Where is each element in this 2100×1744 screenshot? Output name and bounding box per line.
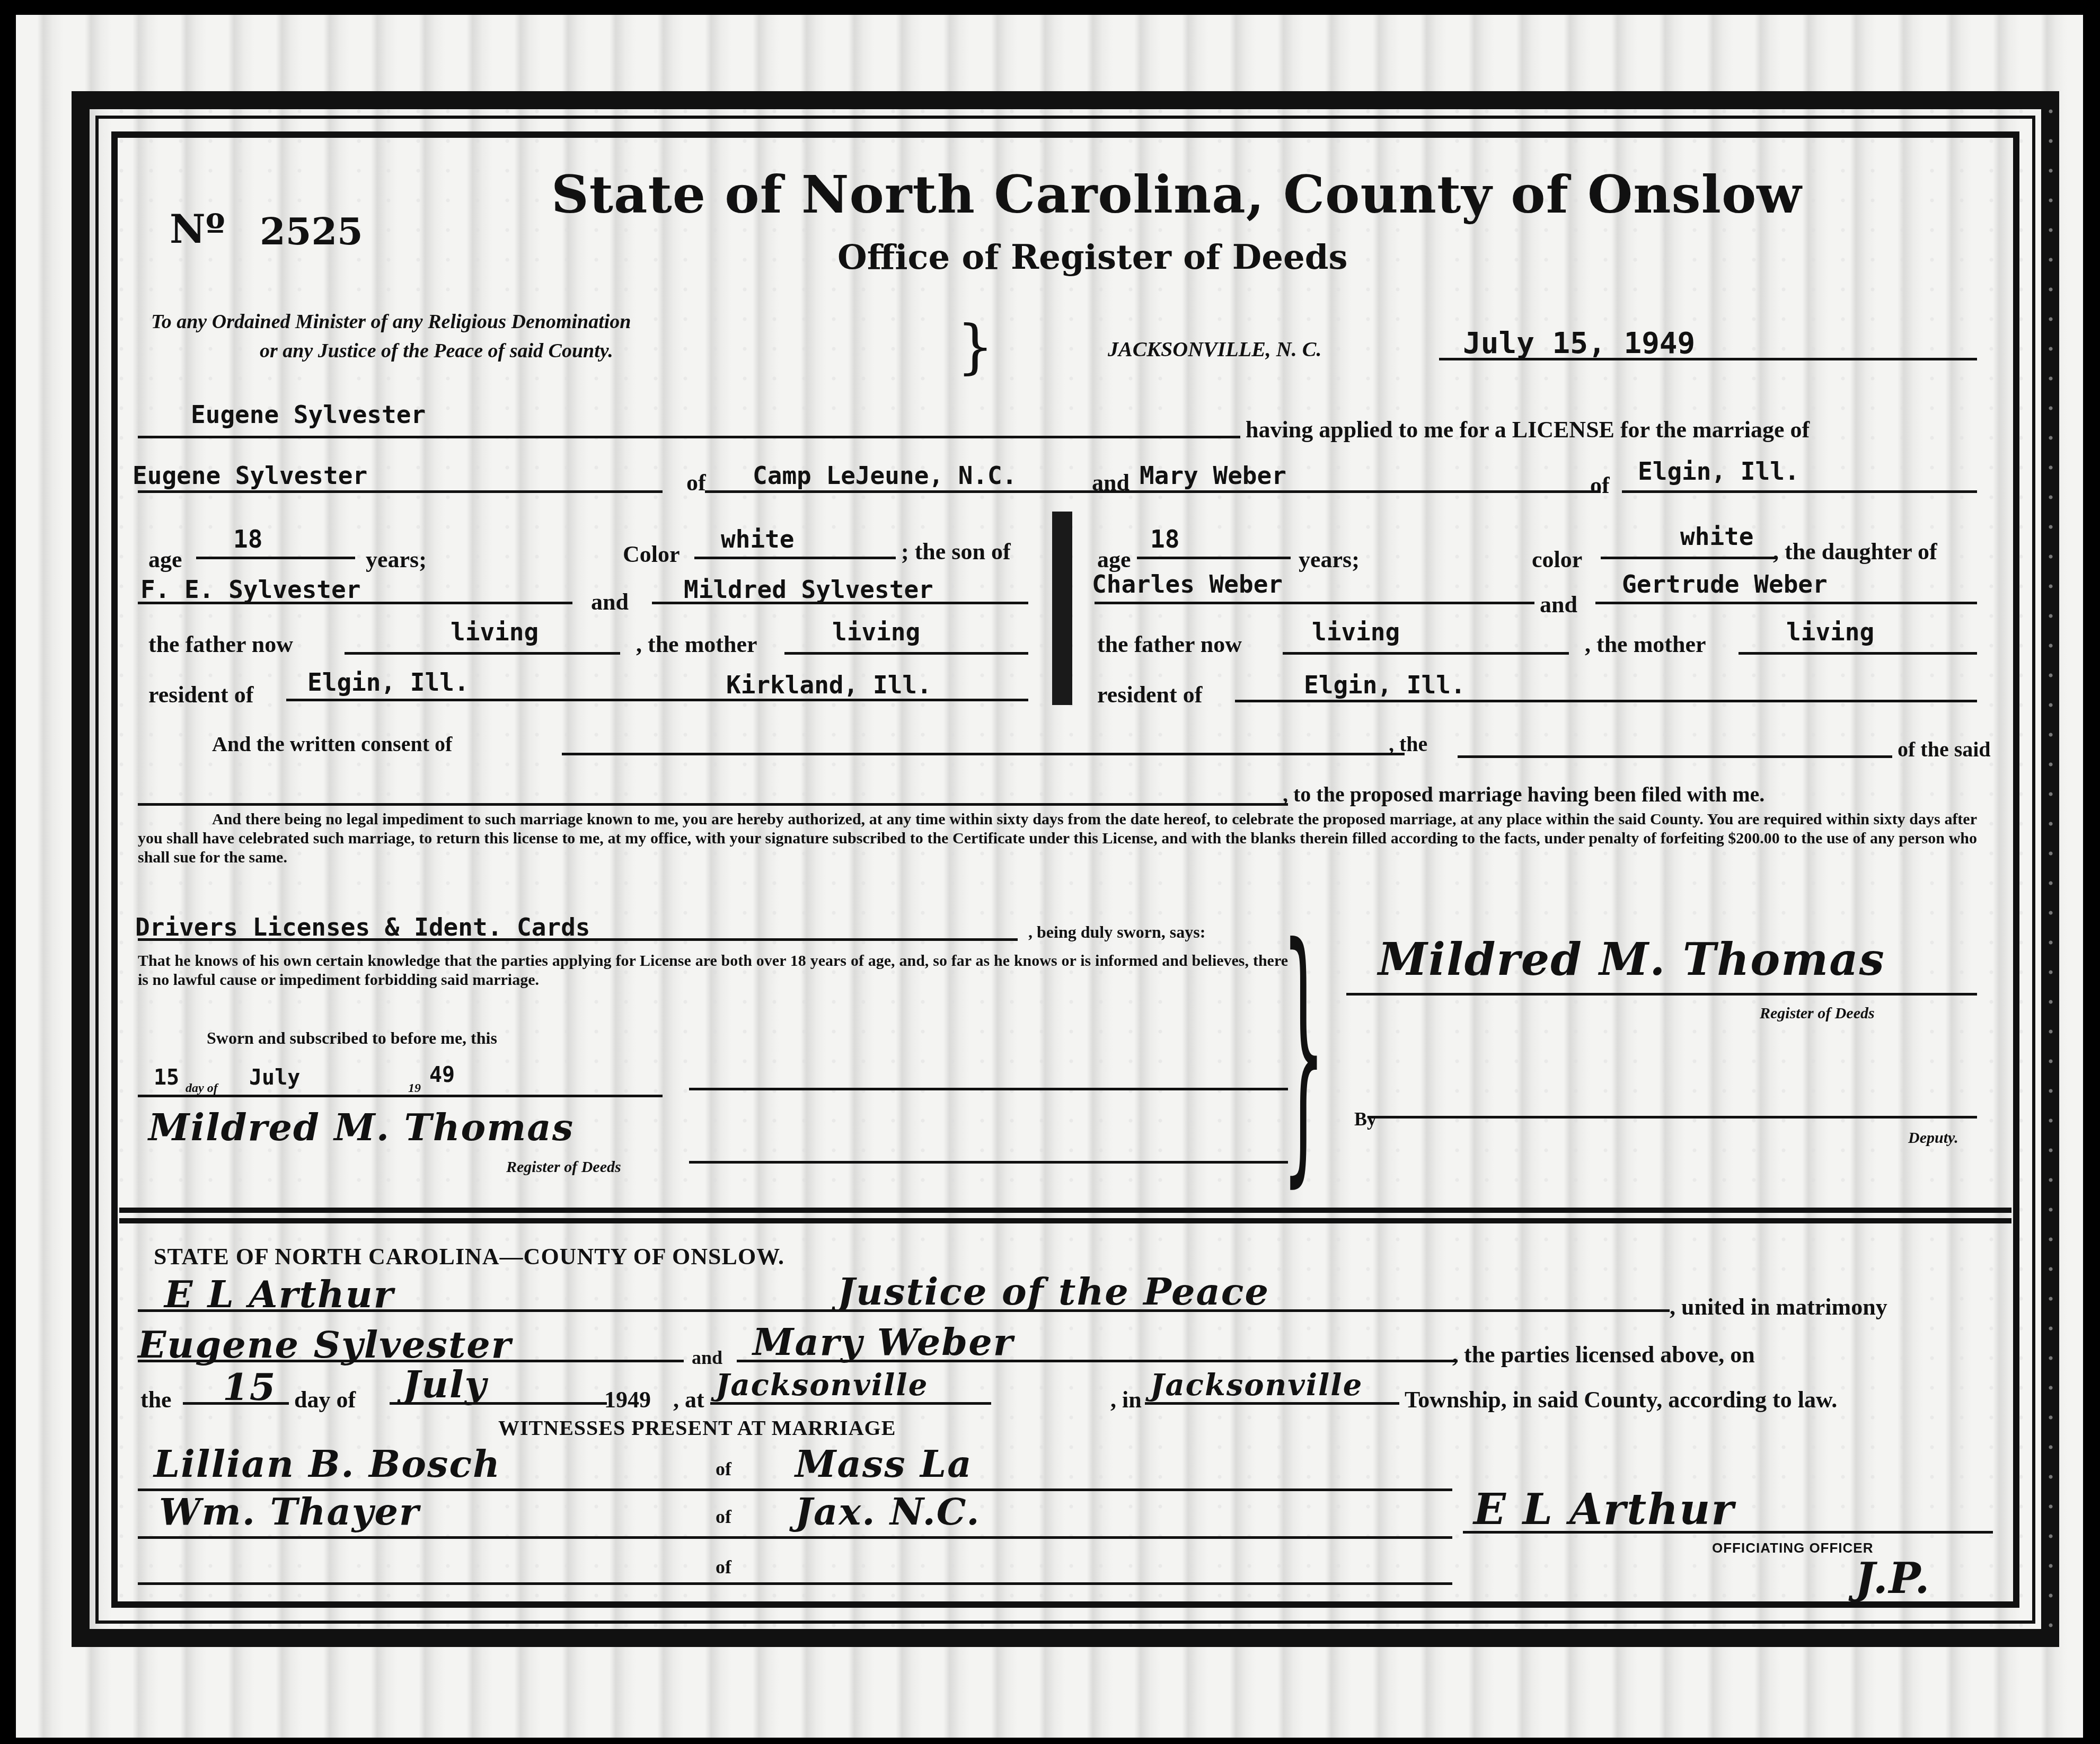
applied-text: having applied to me for a LICENSE for t… [1246, 416, 1810, 443]
groom-father-residence: Elgin, Ill. [307, 668, 469, 697]
certificate-year: 1949 [604, 1386, 651, 1413]
certificate-month: July [403, 1362, 487, 1406]
groom-age-line [196, 557, 355, 559]
year-prefix: 19 [408, 1081, 421, 1096]
witness-3-of-label: of [716, 1556, 731, 1578]
bride-father-status-line [1283, 652, 1569, 655]
witness-3-line [138, 1582, 1452, 1585]
witness-1-name: Lillian B. Bosch [154, 1442, 501, 1486]
affidavit-month: July [249, 1065, 300, 1090]
affidavit-extra-line [689, 1088, 1288, 1090]
certificate-bride-line [737, 1360, 1458, 1362]
license-date: July 15, 1949 [1463, 326, 1695, 360]
bride-mother: Gertrude Weber [1622, 570, 1828, 598]
consent-relation-line [1458, 755, 1892, 758]
register-signature-line [1346, 993, 1977, 996]
bride-name: Mary Weber [1140, 461, 1286, 490]
bride-years-label: years; [1299, 546, 1360, 573]
residence-line [705, 490, 1601, 493]
brace-icon: } [957, 313, 994, 381]
witnesses-heading: WITNESSES PRESENT AT MARRIAGE [498, 1415, 896, 1440]
witness-2-name: Wm. Thayer [159, 1490, 420, 1534]
groom-name: Eugene Sylvester [133, 461, 367, 490]
witness-2-of-label: of [716, 1505, 731, 1528]
sworn-before-label: Sworn and subscribed to before me, this [207, 1028, 497, 1048]
bride-mother-line [1595, 602, 1977, 604]
bride-relation-label: , the daughter of [1773, 538, 1937, 565]
consent-line-2 [138, 803, 1288, 806]
day-of-label: day of [294, 1386, 356, 1413]
groom-mother-line [652, 602, 1028, 604]
groom-residence-line [286, 699, 1028, 701]
bride-color: white [1680, 522, 1753, 551]
consent-the-label: , the [1389, 732, 1427, 756]
applicant-name: Eugene Sylvester [191, 400, 426, 429]
groom-mother: Mildred Sylvester [684, 575, 933, 604]
township-label: Township, in said County, according to l… [1405, 1386, 1837, 1413]
place-label: JACKSONVILLE, N. C. [1108, 337, 1321, 362]
bride-residence: Elgin, Ill. [1638, 457, 1799, 486]
bride-father-status: living [1312, 618, 1400, 646]
register-title: Register of Deeds [1760, 1005, 1875, 1023]
the-label: the [140, 1386, 172, 1413]
addressee-line-1: To any Ordained Minister of any Religiou… [151, 310, 631, 333]
of-label: of [686, 469, 706, 496]
day-of-label: day of [186, 1081, 218, 1096]
officiant-title: Justice of the Peace [837, 1270, 1269, 1314]
date-line [1439, 358, 1977, 360]
officiating-suffix: J.P. [1855, 1553, 1930, 1603]
bride-mother-label: , the mother [1585, 631, 1706, 658]
bride-age: 18 [1150, 525, 1179, 553]
affidavit-signature: Mildred M. Thomas [148, 1105, 574, 1149]
groom-father-now-label: the father now [148, 631, 293, 658]
certificate-township: Jacksonville [1150, 1368, 1363, 1403]
sworn-label: , being duly sworn, says: [1028, 922, 1205, 942]
groom-color-line [694, 557, 896, 559]
certificate-heading: STATE OF NORTH CAROLINA—COUNTY OF ONSLOW… [154, 1243, 784, 1270]
and-label: and [1540, 591, 1577, 618]
license-number: 2525 [260, 209, 363, 253]
deputy-label: Deputy. [1908, 1129, 1958, 1147]
groom-father-status: living [451, 618, 539, 646]
officiant-title-line [737, 1309, 1670, 1312]
groom-years-label: years; [366, 546, 427, 573]
document-subtitle: Office of Register of Deeds [837, 237, 1348, 277]
groom-age-label: age [148, 546, 182, 573]
witness-2-place: Jax. N.C. [795, 1490, 981, 1534]
officiating-signature: E L Arthur [1473, 1484, 1735, 1534]
groom-color-label: Color [623, 541, 680, 568]
witness-1-of-label: of [716, 1458, 731, 1480]
groom-relation-label: ; the son of [901, 538, 1011, 565]
officiating-signature-line [1463, 1531, 1993, 1534]
certificate-place-line [710, 1402, 991, 1405]
bride-residence: Elgin, Ill. [1304, 671, 1466, 699]
in-label: , in [1110, 1386, 1142, 1413]
bride-mother-status-line [1739, 652, 1977, 655]
written-consent-label: And the written consent of [212, 732, 452, 756]
deputy-line [1367, 1116, 1977, 1118]
section-divider-bottom [119, 1218, 2011, 1223]
of-label: of [1590, 472, 1610, 499]
and-label: and [692, 1346, 722, 1369]
united-label: , united in matrimony [1670, 1293, 1887, 1320]
groom-mother-status: living [832, 618, 920, 646]
bride-mother-status: living [1786, 618, 1874, 646]
certificate-township-line [1145, 1402, 1399, 1405]
affidavit-year: 49 [429, 1063, 455, 1087]
bride-father: Charles Weber [1092, 570, 1283, 598]
affidavit-day: 15 [154, 1065, 179, 1090]
affidavit-signature-title: Register of Deeds [506, 1158, 621, 1176]
at-label: , at [673, 1386, 704, 1413]
parties-label: , the parties licensed above, on [1452, 1341, 1755, 1368]
bride-residence-line [1235, 700, 1977, 702]
certificate-place: Jacksonville [716, 1368, 928, 1403]
consent-filed-label: , to the proposed marriage having been f… [1283, 782, 1764, 807]
affidavit-date-line [138, 1095, 663, 1097]
groom-father: F. E. Sylvester [140, 575, 360, 604]
officiant-line [138, 1309, 737, 1312]
applicant-line [138, 436, 1240, 438]
groom-color: white [721, 525, 794, 553]
addressee-line-2: or any Justice of the Peace of said Coun… [260, 339, 613, 363]
document-title: State of North Carolina, County of Onslo… [551, 164, 1802, 225]
certificate-bride: Mary Weber [753, 1320, 1014, 1364]
bride-color-label: color [1532, 546, 1582, 573]
bride-residence-line [1622, 490, 1977, 493]
authorization-paragraph: And there being no legal impediment to s… [138, 810, 1977, 867]
certificate-month-line [390, 1402, 607, 1405]
bride-age-label: age [1097, 546, 1131, 573]
affidavit-sign-line [689, 1161, 1288, 1164]
groom-mother-status-line [784, 652, 1028, 655]
bride-age-line [1137, 557, 1291, 559]
groom-age: 18 [233, 525, 262, 553]
and-label: and [591, 588, 629, 615]
groom-father-line [138, 602, 572, 604]
consent-of-said-label: of the said [1898, 737, 1991, 762]
brace-icon: } [1282, 912, 1326, 1187]
affiant: Drivers Licenses & Ident. Cards [135, 913, 590, 941]
bride-father-line [1095, 602, 1534, 604]
groom-residence: Camp LeJeune, N.C. [753, 461, 1017, 490]
section-divider-top [119, 1208, 2011, 1213]
groom-mother-residence: Kirkland, Ill. [726, 671, 932, 699]
groom-resident-label: resident of [148, 681, 253, 708]
register-signature: Mildred M. Thomas [1378, 933, 1885, 985]
groom-father-status-line [345, 652, 620, 655]
bride-father-now-label: the father now [1097, 631, 1242, 658]
witness-1-place: Mass La [795, 1442, 973, 1486]
bride-resident-label: resident of [1097, 681, 1202, 708]
affidavit-statement: That he knows of his own certain knowled… [138, 952, 1288, 990]
affiant-line [138, 938, 1018, 941]
license-number-label: Nº [170, 207, 225, 252]
officiating-label: OFFICIATING OFFICER [1712, 1540, 1874, 1556]
column-divider [1052, 512, 1072, 705]
groom-name-line [138, 490, 663, 493]
certificate-day-line [183, 1402, 289, 1405]
consent-line [562, 753, 1405, 755]
groom-mother-label: , the mother [636, 631, 757, 658]
witness-2-line [138, 1536, 1452, 1539]
by-label: By [1354, 1108, 1377, 1130]
bride-color-line [1601, 557, 1776, 559]
